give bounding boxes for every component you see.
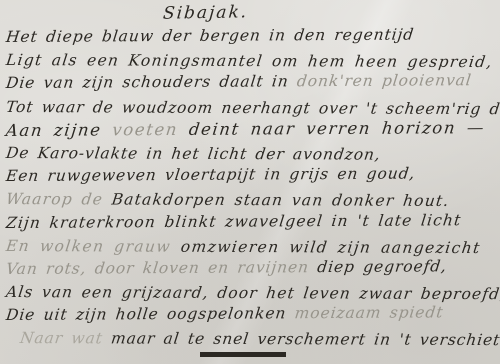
poem-line: Aan zijne voeten deint naar verren horiz… xyxy=(5,116,500,142)
poem-line: Die uit zijn holle oogspelonken moeizaam… xyxy=(5,301,500,327)
poem-line-segment: Naar wat xyxy=(19,329,112,347)
poem-line-segment: Tot waar de woudzoom neerhangt over 't s… xyxy=(5,98,500,118)
poem-line: Een ruwgeweven vloertapijt in grijs en g… xyxy=(5,162,500,188)
poem-line-segment: donk'ren plooienval xyxy=(296,72,473,91)
poem-line-segment: Een ruwgeweven vloertapijt in grijs en g… xyxy=(5,165,416,185)
poem-line-segment: Aan zijne xyxy=(5,120,114,140)
poem-line-segment: maar al te snel verschemert in 't versch… xyxy=(110,330,500,350)
poem-line: Die van zijn schouders daalt in donk'ren… xyxy=(5,69,500,95)
poem-line-segment: omzwieren wild zijn aangezicht xyxy=(180,237,482,256)
poem-line: Zijn kraterkroon blinkt zwavelgeel in 't… xyxy=(5,208,500,234)
poem-line-segment: Waarop de xyxy=(5,190,113,208)
poem-title: Sibajak. xyxy=(162,2,249,24)
closing-rule xyxy=(200,352,286,357)
poem-line-segment: Van rots, door kloven en ravijnen xyxy=(5,258,318,278)
manuscript-page: Sibajak. Het diepe blauw der bergen in d… xyxy=(0,0,500,364)
poem-line-segment: Het diepe blauw der bergen in den regent… xyxy=(5,26,415,46)
poem-line-segment: deint naar verren horizon — xyxy=(188,118,486,139)
poem-line-segment: De Karo-vlakte in het licht der avondzon… xyxy=(5,144,382,164)
poem-body: Het diepe blauw der bergen in den regent… xyxy=(6,26,498,351)
poem-line-segment: moeizaam spiedt xyxy=(294,304,445,323)
poem-line-segment: Batakdorpen staan van donker hout. xyxy=(111,191,451,210)
poem-line-segment: diep gegroefd, xyxy=(316,257,448,276)
poem-line: Van rots, door kloven en ravijnen diep g… xyxy=(5,255,500,281)
poem-line-segment: voeten xyxy=(111,120,190,139)
poem-line-segment: Als van een grijzaard, door het leven zw… xyxy=(5,283,500,303)
poem-line-segment: Ligt als een Koningsmantel om hem heen g… xyxy=(5,51,494,71)
poem-line-segment: En wolken grauw xyxy=(5,237,182,256)
poem-line-segment: Zijn kraterkroon blinkt zwavelgeel in 't… xyxy=(5,211,462,232)
poem-line: Naar wat maar al te snel verschemert in … xyxy=(19,327,500,352)
poem-line-segment: Die uit zijn holle oogspelonken xyxy=(5,304,296,324)
poem-line-segment: Die van zijn schouders daalt in xyxy=(5,73,298,93)
poem-line: Het diepe blauw der bergen in den regent… xyxy=(5,23,500,49)
